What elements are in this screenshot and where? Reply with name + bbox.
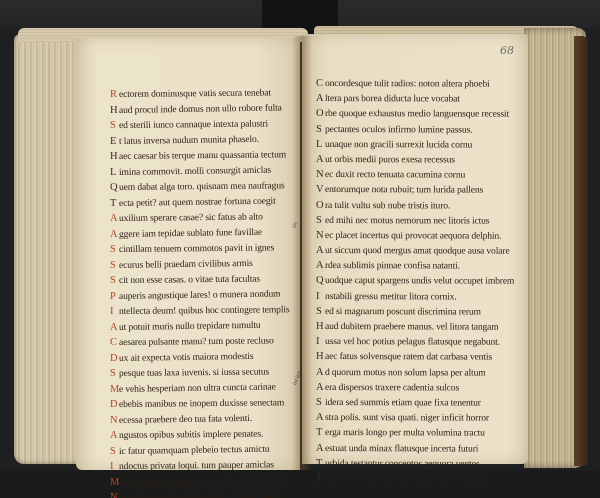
line-text: ltera pars borea diducta luce vocabat: [325, 91, 460, 107]
manuscript-line: Intellecta deum! quibus hoc contingere t…: [110, 304, 300, 320]
rubricated-initial: D: [110, 351, 119, 367]
rubricated-initial: S: [316, 395, 325, 410]
manuscript-line: Sed mihi nec motus nemorum nec litoris i…: [316, 213, 516, 228]
line-text: rdea sublimis pinnae confisa natanti.: [325, 258, 460, 274]
line-text: stra polis. sunt visa quati. niger infic…: [325, 410, 489, 426]
line-text: imina commovit. molli consurgit amiclas: [119, 162, 271, 180]
rubricated-initial: N: [110, 490, 119, 498]
rubricated-initial: A: [316, 441, 325, 456]
rubricated-initial: N: [110, 413, 119, 429]
line-text: ebebis manibus ne inopem duxisse senecta…: [119, 395, 284, 412]
line-text: aud dubitem praebere manus. vel litora t…: [325, 319, 499, 335]
line-text: ed sterili iunco cannaque intexta palust…: [119, 116, 268, 133]
rubricated-initial: H: [110, 103, 119, 119]
rubricated-initial: S: [110, 258, 119, 274]
rubricated-initial: A: [110, 320, 119, 336]
rubricated-initial: N: [316, 167, 325, 182]
manuscript-line: Ora tulit vultu sub nube tristis ituro.: [316, 198, 516, 213]
rubricated-initial: L: [110, 165, 119, 181]
line-text: ut potuit muris nullo trepidare tumultu: [119, 317, 261, 335]
manuscript-line: Haec caesar bis terque manu quassantia t…: [110, 149, 300, 165]
manuscript-line: Instabili gressu metitur litora cornix.: [316, 289, 516, 304]
line-text: ut siccum quod mergus amat quodque ausa …: [325, 243, 510, 259]
line-text: ussa vel hoc potius pelagus flatusque ne…: [325, 334, 500, 350]
rubricated-initial: Q: [316, 273, 325, 288]
line-text: ec placet incertus qui provocat aequora …: [325, 228, 501, 244]
rubricated-initial: T: [316, 456, 325, 471]
rubricated-initial: S: [110, 242, 119, 258]
rubricated-initial: A: [110, 428, 119, 444]
line-text: ec duxit recto tenuata cacumina cornu: [325, 167, 465, 183]
folio-number: 68: [500, 44, 514, 57]
rubricated-initial: C: [110, 335, 119, 351]
manuscript-line: Aut siccum quod mergus amat quodque ausa…: [316, 243, 516, 258]
rubricated-initial: I: [110, 459, 119, 475]
line-text: urbida testantur conceptos aequora vento…: [325, 456, 482, 472]
rubricated-initial: D: [110, 397, 119, 413]
line-text: ed mihi nec motus nemorum nec litoris ic…: [325, 213, 489, 229]
line-text: aec fatus solvensque ratem dat carbasa v…: [325, 349, 492, 365]
rubricated-initial: A: [316, 410, 325, 425]
leather-binding: [574, 36, 588, 466]
rubricated-initial: N: [316, 228, 325, 243]
rubricated-initial: A: [316, 365, 325, 380]
line-text: era dispersos traxere cadentia sulcos: [325, 380, 459, 396]
manuscript-line: Sed sterili iunco cannaque intexta palus…: [110, 118, 300, 134]
rubricated-initial: A: [110, 227, 119, 243]
rubricated-initial: V: [316, 182, 325, 197]
rubricated-initial: T: [316, 471, 325, 486]
manuscript-line: Auxilium sperare casae? sic fatus ab alt…: [110, 211, 300, 227]
rubricated-initial: I: [110, 304, 119, 320]
line-text: ed si magnarum poscunt discrimina rerum: [325, 304, 481, 320]
rubricated-initial: T: [316, 425, 325, 440]
line-text: ux ait expecta votis maiora modestis: [119, 348, 254, 366]
rubricated-initial: S: [316, 304, 325, 319]
line-text: unc rector trepidae fatur ratis aspice s…: [325, 471, 488, 487]
manuscript-line: Angustos opibus subitis implere penates.: [110, 428, 300, 444]
line-text: d quorum motus non solum lapsa per altum: [325, 365, 486, 381]
manuscript-line: Sed si magnarum poscunt discrimina rerum: [316, 304, 516, 319]
line-text: cit non esse casas. o vitae tuta faculta…: [119, 272, 260, 289]
manuscript-line: Necessa praebere deo tua fata volenti.: [110, 413, 300, 429]
left-page-edges: [14, 34, 84, 464]
line-text: unaque non gracili surrexit lucida cornu: [325, 137, 472, 153]
line-text: ntellecta deum! quibus hoc contingere te…: [119, 302, 290, 319]
manuscript-line: Astra polis. sunt visa quati. niger infi…: [316, 410, 516, 425]
manuscript-line: Turbida testantur conceptos aequora vent…: [316, 456, 516, 471]
line-text: ic fatur quamquam plebeio tectus amictu: [119, 441, 270, 459]
manuscript-line: Spectantes oculos infirmo lumine passus.: [316, 122, 516, 137]
rubricated-initial: H: [110, 149, 119, 165]
rubricated-initial: A: [316, 152, 325, 167]
line-text: pesque tuas laxa iuvenis. si iussa secut…: [119, 364, 269, 381]
rubricated-initial: O: [316, 198, 325, 213]
rubricated-initial: S: [110, 366, 119, 382]
line-text: ecurus belli praedam civilibus armis: [119, 255, 253, 273]
line-text: uodque caput spargens undis velut occupe…: [325, 273, 514, 289]
line-text: e vehis hesperiam non ultra cuncta carin…: [119, 379, 276, 397]
line-text: aud procul inde domus non ullo robore fu…: [119, 100, 282, 118]
manuscript-line: Nec duxit recto tenuata cacumina cornu: [316, 167, 516, 182]
line-text: idera sed summis etiam quae fixa tenentu…: [325, 395, 481, 411]
manuscript-line: Aestuat unda minax flatusque incerta fut…: [316, 441, 516, 456]
manuscript-line: Haud dubitem praebere manus. vel litora …: [316, 319, 516, 334]
rubricated-initial: E: [110, 134, 119, 150]
manuscript-line: Securus belli praedam civilibus armis: [110, 258, 300, 274]
manuscript-line: Concordesque tulit radios: noton altera …: [316, 76, 516, 91]
manuscript-line: Ad quorum motus non solum lapsa per altu…: [316, 365, 516, 380]
line-text: erga maris longo per multa volumina trac…: [325, 425, 485, 441]
rubricated-initial: C: [316, 76, 325, 91]
rubricated-initial: A: [316, 243, 325, 258]
line-text: ggere iam tepidae sublato fune favillae: [119, 224, 262, 242]
manuscript-line: Dux ait expecta votis maiora modestis: [110, 351, 300, 367]
manuscript-line: Tunc rector trepidae fatur ratis aspice …: [316, 471, 516, 486]
manuscript-line: Orbe quoque exhaustus medio languensque …: [316, 106, 516, 121]
rubricated-initial: S: [316, 213, 325, 228]
manuscript-line: Tecta petit? aut quem nostrae fortuna co…: [110, 196, 300, 212]
rubricated-initial: R: [110, 87, 119, 103]
line-text: ulta quidem prohibent nocturno credere p…: [119, 472, 289, 490]
rubricated-initial: P: [110, 289, 119, 305]
manuscript-line: Aut orbis medii puros exesa recessus: [316, 152, 516, 167]
manuscript-line: Debebis manibus ne inopem duxisse senect…: [110, 397, 300, 413]
line-text: t latus inversa nudum munita phaselo.: [119, 131, 259, 149]
rubricated-initial: I: [316, 289, 325, 304]
rubricated-initial: S: [110, 273, 119, 289]
manuscript-line: Haec fatus solvensque ratem dat carbasa …: [316, 349, 516, 364]
manuscript-line: Altera pars borea diducta luce vocabat: [316, 91, 516, 106]
manuscript-line: Scintillam tenuem commotos pavit in igne…: [110, 242, 300, 258]
rubricated-initial: S: [110, 444, 119, 460]
line-text: ecta petit? aut quem nostrae fortuna coe…: [119, 193, 276, 211]
left-page-text: Rectorem dominusque vatis secura tenebat…: [110, 87, 300, 498]
line-text: ut orbis medii puros exesa recessus: [325, 152, 455, 168]
manuscript-line: Aera dispersos traxere cadentia sulcos: [316, 380, 516, 395]
manuscript-line: Haud procul inde domus non ullo robore f…: [110, 103, 300, 119]
rubricated-initial: S: [110, 118, 119, 134]
manuscript-line: Lunaque non gracili surrexit lucida corn…: [316, 137, 516, 152]
rubricated-initial: A: [316, 258, 325, 273]
line-text: auperis angustique lares! o munera nondu…: [119, 286, 281, 304]
line-text: ngustos opibus subitis implere penates.: [119, 426, 263, 443]
rubricated-initial: A: [110, 211, 119, 227]
line-text: pectantes oculos infirmo lumine passus.: [325, 122, 472, 138]
manuscript-line: Nam sol non rutilas deduxit in aequora n…: [110, 490, 300, 498]
line-text: ectorem dominusque vatis secura tenebat: [119, 85, 271, 102]
rubricated-initial: I: [316, 334, 325, 349]
rubricated-initial: H: [316, 319, 325, 334]
right-page-text: Concordesque tulit radios: noton altera …: [316, 76, 516, 486]
manuscript-line: Caesarea pulsante manu? tum poste reclus…: [110, 335, 300, 351]
rubricated-initial: Q: [110, 180, 119, 196]
rubricated-initial: H: [316, 349, 325, 364]
rubricated-initial: S: [316, 122, 325, 137]
manuscript-line: Iussa vel hoc potius pelagus flatusque n…: [316, 334, 516, 349]
line-text: oncordesque tulit radios: noton altera p…: [325, 76, 490, 92]
rubricated-initial: T: [110, 196, 119, 212]
line-text: ra tulit vultu sub nube tristis ituro.: [325, 198, 450, 214]
rubricated-initial: A: [316, 91, 325, 106]
manuscript-line: Ardea sublimis pinnae confisa natanti.: [316, 258, 516, 273]
line-text: estuat unda minax flatusque incerta futu…: [325, 441, 478, 457]
line-text: ecessa praebere deo tua fata volenti.: [119, 410, 252, 428]
rubricated-initial: M: [110, 475, 119, 491]
rubricated-initial: O: [316, 106, 325, 121]
line-text: uxilium sperare casae? sic fatus ab alto: [119, 209, 263, 226]
manuscript-line: Ventorumque nota rubuit; tum lurida pall…: [316, 182, 516, 197]
line-text: nstabili gressu metitur litora cornix.: [325, 289, 457, 305]
manuscript-line: Quodque caput spargens undis velut occup…: [316, 273, 516, 288]
line-text: am sol non rutilas deduxit in aequora nu…: [119, 488, 280, 498]
manuscript-line: Terga maris longo per multa volumina tra…: [316, 425, 516, 440]
line-text: rbe quoque exhaustus medio languensque r…: [325, 106, 509, 122]
manuscript-line: Sidera sed summis etiam quae fixa tenent…: [316, 395, 516, 410]
manuscript-line: Nec placet incertus qui provocat aequora…: [316, 228, 516, 243]
rubricated-initial: L: [316, 137, 325, 152]
line-text: entorumque nota rubuit; tum lurida palle…: [325, 182, 483, 198]
rubricated-initial: A: [316, 380, 325, 395]
rubricated-initial: M: [110, 382, 119, 398]
